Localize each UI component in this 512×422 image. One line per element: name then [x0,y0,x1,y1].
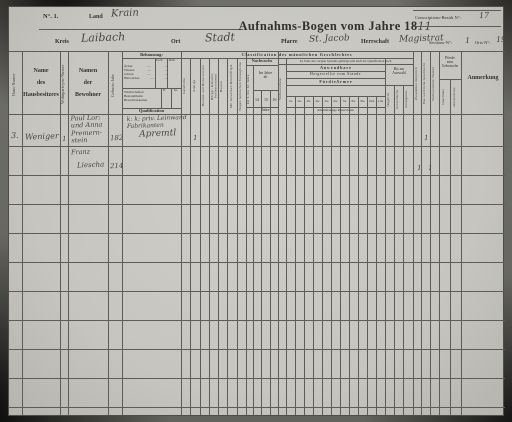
col-line [313,96,314,415]
class-cell-3: 3te [304,99,313,103]
col-line [439,51,440,415]
behausung-title: Behausung: [122,52,181,57]
anwendbare-band: A n w e n d b a r e [286,65,385,70]
nachwuchs-sub-l2: alt [253,75,278,79]
conscription-district-label: Conscriptions-Bezirk N°: [415,15,461,20]
orts-label: Orts-N°: [475,40,491,45]
col-line [349,96,350,415]
col-line [403,85,404,415]
sections-label: Sections-N°: [429,40,452,45]
col-line [181,51,182,415]
status-col-bauern: Bauern [220,60,224,112]
col-line [304,96,305,415]
grid-line [286,96,385,97]
kreis-value: Laibach [81,30,126,45]
col-bewohner-l1: Namen [68,65,108,77]
armee-band: F ü r d i e A r m e e [286,79,385,84]
col-haus-nummer: Haus-Numer [12,61,16,109]
pferde-box-title: Pferde zum Gebrauche [439,56,461,69]
auswahl-title: Bis zur Auswahl [385,67,413,75]
form-number-label: N°. 1. [43,13,58,20]
col-line [367,96,368,415]
nachwuchs-caption: Jahre [253,108,278,112]
auswahl-col-untaugliche: Untaugliche [405,87,408,112]
inhabitant-line: stein [71,137,103,146]
col-line [108,51,109,415]
pfarre-label: Pfarre [281,39,298,45]
conscription-district-value: 17 [479,11,489,20]
entry-house-number: 3. [11,131,19,140]
behausung-land-rows: Äcker—— Wiesen—— Gärten—— Hutweiden—— [124,65,168,80]
nachwuchs-subheader: Im Jahre alt [253,71,278,79]
nachwuchs-left-col: Im 1. bis 13. Jahre [247,67,251,112]
header-rule [39,29,243,30]
classification-title: Classification des männlichen Geschlecht… [181,52,413,57]
pferde-col-brauchbare: brauchbare [442,82,445,112]
form-title: Aufnahms-Bogen vom Jahre 1811 [235,17,435,35]
behausung-money1: fl. [163,89,166,93]
status-col-adelige: Adelige [193,60,197,112]
entry-row1-female-tick: 1 [424,134,429,142]
class-cell-11: 11te [376,99,385,103]
auswahl-col-taugliche: Taugliche [387,87,390,112]
pfarre-value: St. Jacob [309,33,350,44]
entry-row1-status-tick: 1 [193,134,198,142]
right-section-line1: Zu Ende des vorigen Systems gehörige und… [279,59,412,63]
grid-line [246,65,278,66]
nachwuchs-cell-15: 15 [262,97,270,102]
col-line [450,79,451,415]
col-line [122,51,123,415]
auswahl-col-gebrechliche: Gebrechliche [396,87,399,112]
verheurathete-col: Verheurathete [279,66,283,112]
kreis-label: Kreis [55,39,69,45]
status-col-beamte: Beamte und Honoratioren [202,60,206,112]
qualification-label: Qualification [122,108,181,113]
col-line [22,51,23,415]
sections-value: 1 [465,36,470,45]
col-line [68,51,69,415]
zusammen-col: Zusammen männlich [415,55,419,112]
orts-value: 19 [496,35,506,44]
entry-row1-qualification: k: k: priv. Leinwand Fabrikanten Apremtl [127,114,188,141]
nachwuchs-cell-16: 16 [271,97,278,102]
col-hausbesitzer-l3: Hausbesitzers [22,89,60,101]
col-line [331,96,332,415]
class-cell-8: 8te [349,99,358,103]
col-line [340,96,341,415]
right-section-caption: Altersklassige Reservisten [286,108,385,112]
entry-row2-tick-b: 1 [428,164,433,172]
behausung-ertrag-rows: Wirthschaften Bestandtheile Brauchbarkei… [124,91,160,103]
class-cell-1: 1te [286,99,295,103]
col-line [295,96,296,415]
col-line [461,51,462,415]
class-cell-6: 6te [331,99,340,103]
col-line [161,88,162,108]
behausung-unit2: Klft. [169,59,176,63]
status-col-buerger: Bürger, Künstler, Professionisten [211,60,218,112]
entry-row1-inhabitants: Paul Lor: und Anna Premern- stein [70,114,103,145]
col-line [430,51,431,415]
nachwuchs-title: Nachwuchs [246,58,278,63]
qualification-line: Apremtl [127,128,187,141]
col-line [270,90,271,415]
entry-party-number: 1 [62,135,67,143]
class-cell-5: 5te [322,99,331,103]
census-form-sheet: N°. 1. Land Krain Aufnahms-Bogen vom Jah… [8,6,504,416]
verheurathete-weiber-col: Verheurathete Weiber [432,55,436,112]
hergestellte-band: Hergestellte vom Stande [286,72,385,76]
col-anmerkung: Anmerkung [461,75,505,81]
col-line [376,96,377,415]
entry-row1-year: 182 [110,134,124,142]
status-col-geistliche: Geistliche [183,60,187,112]
behausung-ertrag-label: Brauchbarkeiten [124,99,160,103]
class-cell-10: 10te [367,99,376,103]
col-bewohner: Namen der Bewohner [68,65,108,101]
behausung-money2: kr. [174,89,178,93]
class-cell-2: 2te [295,99,304,103]
grid-line [122,88,181,89]
col-bewohner-l3: Bewohner [68,89,108,101]
col-wohnparteyen: Wohnparteyen-Numer [61,57,65,112]
col-line [413,51,414,415]
col-line [218,58,219,415]
col-bewohner-l2: der [68,77,108,89]
col-line [261,90,262,415]
col-line [385,58,386,415]
col-line [322,96,323,415]
behausung-unit1: Joch [156,59,162,63]
behausung-row-label: Hutweiden [124,77,139,81]
behausung-row-dash: — [164,77,168,81]
col-line [253,65,254,415]
conscription-box-rule-bottom [413,26,501,27]
col-line [209,58,210,415]
herrschaft-label: Herrschaft [361,39,389,45]
scanned-document-photo: N°. 1. Land Krain Aufnahms-Bogen vom Jah… [0,0,512,422]
col-line [190,58,191,415]
col-line [227,58,228,415]
entry-row2-inhabitant-1: Franz [71,148,90,157]
weiblich-col: Das weibliche Geschlecht [423,55,427,112]
col-line [421,51,422,415]
class-cell-9: 9te [358,99,367,103]
status-col-gebrechen: Wegen Gebrechen Untaugliche [239,60,243,112]
grid-line [253,90,278,91]
ort-value: Stadt [205,30,235,44]
col-line [237,58,238,415]
class-cell-4: 4te [313,99,322,103]
entry-row2-tick-a: 1 [417,164,422,172]
land-value-handwritten: Krain [111,8,139,20]
col-line [394,85,395,415]
pferde-title-l3: Gebrauche [439,64,461,68]
entry-row2-inhabitant-2: Liescha [77,161,104,170]
auswahl-title-l2: Auswahl [385,71,413,75]
form-title-printed: Aufnahms-Bogen vom Jahre 18 [239,19,418,33]
col-line [358,96,359,415]
col-hausbesitzer-l2: des [22,77,60,89]
col-hausbesitzer: Name des Hausbesitzers [22,65,60,101]
col-line [171,88,172,108]
class-cell-7: 7te [340,99,349,103]
col-line [200,58,201,415]
behausung-row-dash: — [150,77,154,81]
status-col-gewerbe: Mit Gewerben Beschäftigte [230,60,234,112]
col-hausbesitzer-l1: Name [22,65,60,77]
entry-row2-year: 214 [110,162,124,170]
nachwuchs-cell-14: 14 [253,97,261,102]
land-label: Land [89,14,103,20]
col-geburtsjahr: Geburts-Jahr [111,61,115,109]
entry-owner-name: Weniger [25,131,59,141]
ort-label: Ort [171,39,180,45]
pferde-col-unbrauchbare: unbrauchbare [453,82,456,112]
